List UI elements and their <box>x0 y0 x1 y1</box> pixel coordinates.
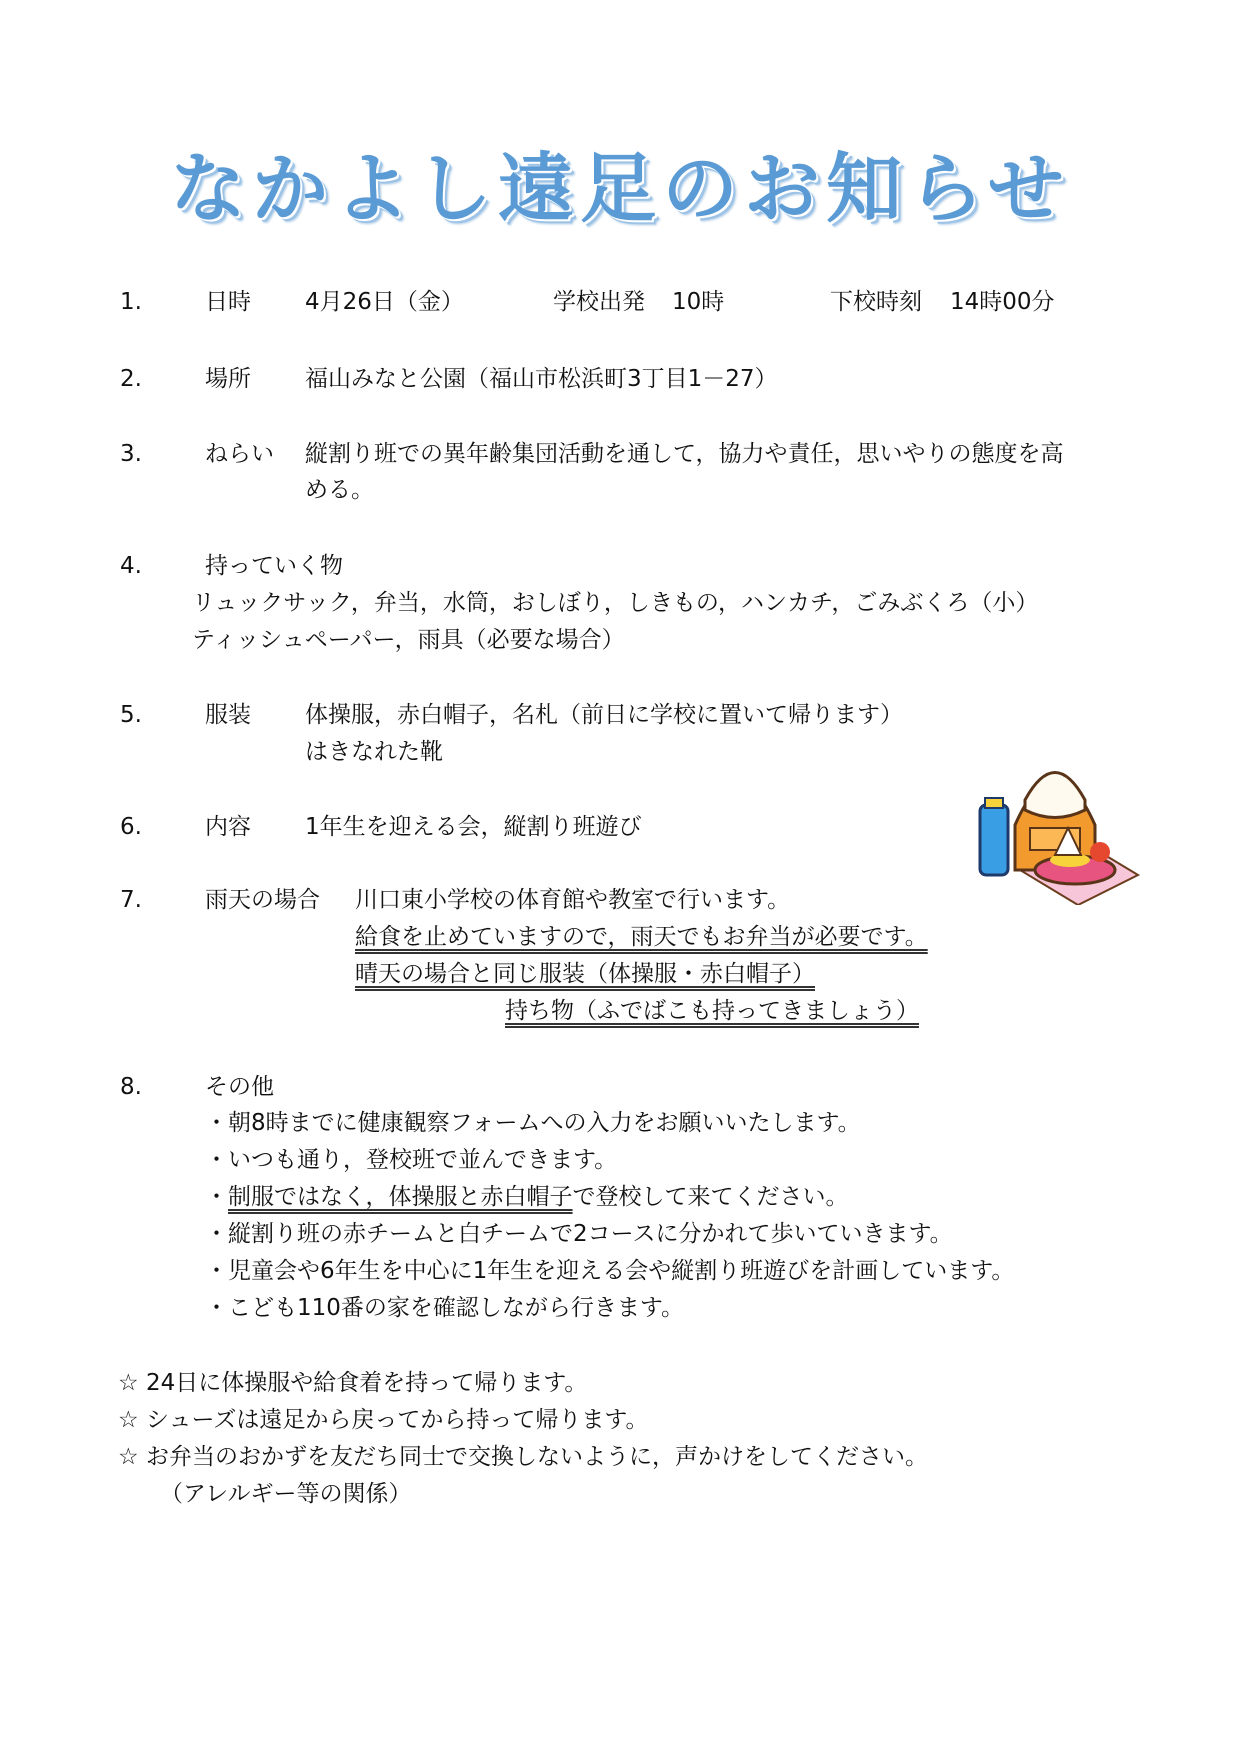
section-label: 場所 <box>205 364 251 394</box>
aim-line-2: める。 <box>305 475 374 505</box>
section-label: 雨天の場合 <box>205 885 320 915</box>
other-bullet: ・こども110番の家を確認しながら行きます。 <box>205 1293 684 1323</box>
clothes-line-2: はきなれた靴 <box>305 737 443 767</box>
date: 4月26日（金） <box>305 287 464 317</box>
items-line-2: ティッシュペーパー，雨具（必要な場合） <box>192 625 625 655</box>
note-item: ☆ シューズは遠足から戻ってから持って帰ります。 <box>118 1405 649 1435</box>
other-bullet: ・縦割り班の赤チームと白チームで2コースに分かれて歩いていきます。 <box>205 1219 953 1249</box>
section-label: その他 <box>205 1072 274 1102</box>
aim-line-1: 縦割り班での異年齢集団活動を通して，協力や責任，思いやりの態度を高 <box>305 439 1064 469</box>
star-icon: ☆ <box>118 1407 139 1433</box>
other-bullet: ・児童会や6年生を中心に1年生を迎える会や縦割り班遊びを計画しています。 <box>205 1256 1014 1286</box>
section-number: 6. <box>120 812 142 842</box>
section-label: 服装 <box>205 700 251 730</box>
note-item: ☆ 24日に体操服や給食着を持って帰ります。 <box>118 1368 587 1398</box>
rain-line-2: 給食を止めていますので，雨天でもお弁当が必要です。 <box>355 922 928 952</box>
other-bullet: ・制服ではなく，体操服と赤白帽子で登校して来てください。 <box>205 1182 849 1212</box>
section-number: 8. <box>120 1072 142 1102</box>
other-bullet: ・朝8時までに健康観察フォームへの入力をお願いいたします。 <box>205 1108 861 1138</box>
section-label: 内容 <box>205 812 251 842</box>
other-bullet: ・いつも通り，登校班で並んできます。 <box>205 1145 617 1175</box>
section-number: 1. <box>120 287 142 317</box>
section-number: 3. <box>120 439 142 469</box>
rain-line-4: 持ち物（ふでばこも持ってきましょう） <box>505 996 919 1026</box>
section-label: 日時 <box>205 287 251 317</box>
clothes-line-1: 体操服，赤白帽子，名札（前日に学校に置いて帰ります） <box>305 700 903 730</box>
note-item: ☆ お弁当のおかずを友だち同士で交換しないように，声かけをしてください。 <box>118 1442 928 1472</box>
rain-line-3: 晴天の場合と同じ服装（体操服・赤白帽子） <box>355 959 815 989</box>
section-label: 持っていく物 <box>205 551 343 581</box>
section-number: 5. <box>120 700 142 730</box>
depart-time: 10時 <box>672 287 724 317</box>
return-time: 14時00分 <box>950 287 1055 317</box>
section-number: 2. <box>120 364 142 394</box>
items-line-1: リュックサック，弁当，水筒，おしぼり，しきもの，ハンカチ，ごみぶくろ（小） <box>192 588 1038 618</box>
star-icon: ☆ <box>118 1370 139 1396</box>
section-number: 4. <box>120 551 142 581</box>
page-title: なかよし遠足のお知らせ <box>170 128 1030 237</box>
content-value: 1年生を迎える会，縦割り班遊び <box>305 812 642 842</box>
backpack-picnic-illustration-icon <box>960 730 1140 905</box>
rain-line-1: 川口東小学校の体育館や教室で行います。 <box>355 885 790 915</box>
section-label: ねらい <box>205 439 274 469</box>
star-icon: ☆ <box>118 1444 139 1470</box>
depart-label: 学校出発 <box>553 287 645 317</box>
return-label: 下校時刻 <box>830 287 922 317</box>
note-sub: （アレルギー等の関係） <box>160 1479 412 1509</box>
place-value: 福山みなと公園（福山市松浜町3丁目1－27） <box>305 364 778 394</box>
section-number: 7. <box>120 885 142 915</box>
